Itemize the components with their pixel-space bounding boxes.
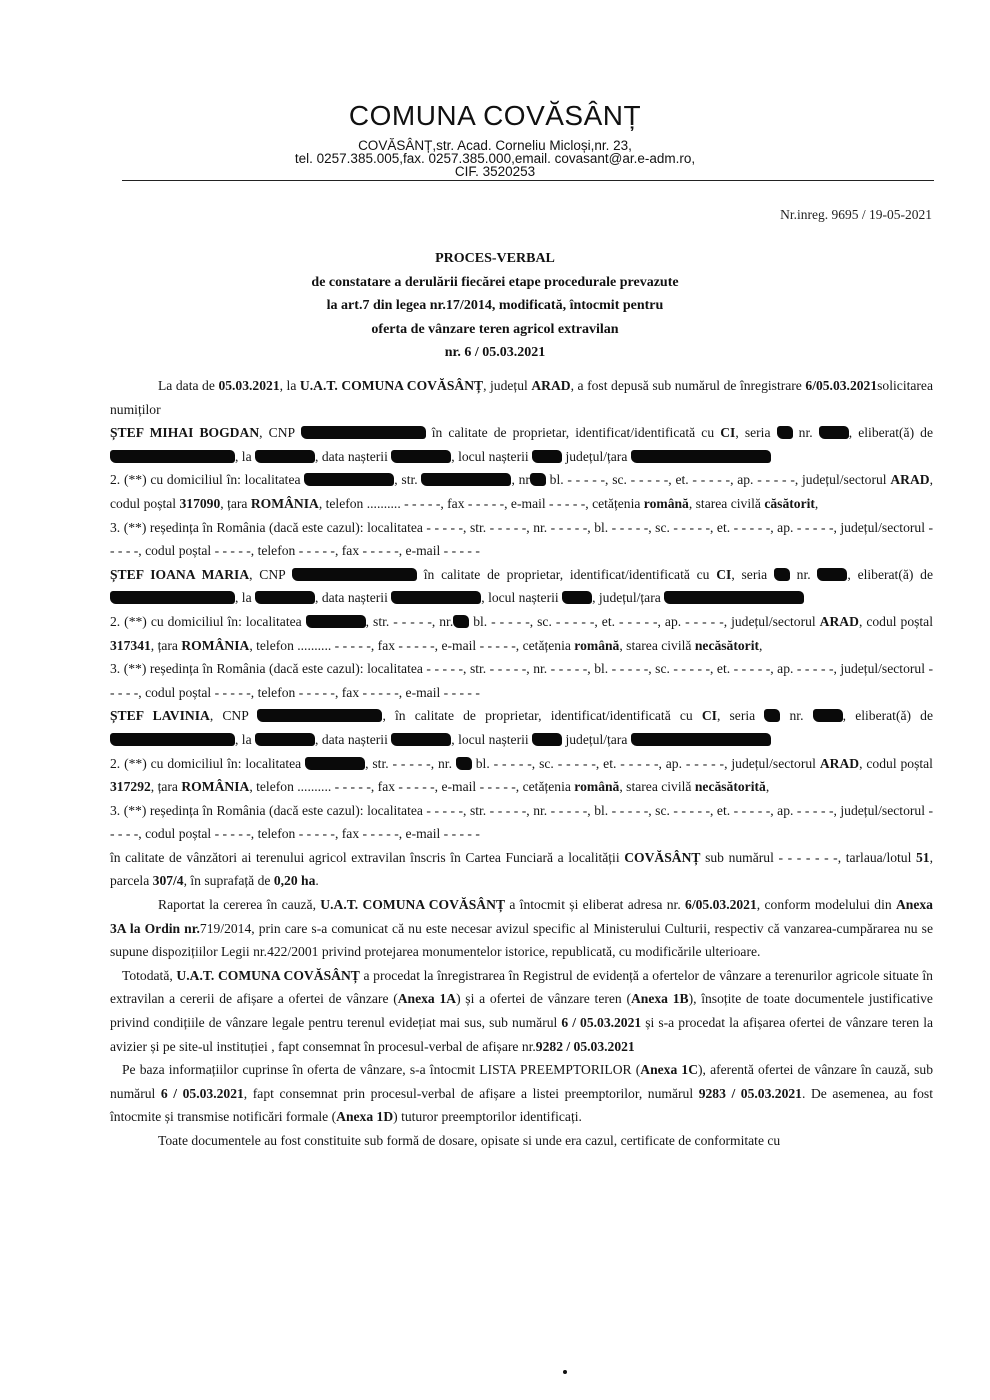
redaction <box>110 450 235 463</box>
redaction <box>391 450 451 463</box>
redaction <box>391 733 451 746</box>
title-line-4: oferta de vânzare teren agricol extravil… <box>0 318 990 342</box>
redaction <box>562 591 592 604</box>
redaction <box>110 733 235 746</box>
document-body: La data de 05.03.2021, la U.A.T. COMUNA … <box>110 374 933 1153</box>
redaction <box>292 568 417 581</box>
redaction <box>819 426 849 439</box>
municipality-title: COMUNA COVĂSÂNȚ <box>0 100 990 132</box>
redaction <box>631 733 771 746</box>
pebaza-paragraph: Pe baza informațiilor cuprinse în oferta… <box>110 1058 933 1129</box>
redaction <box>817 568 847 581</box>
domicile-line: 2. (**) cu domiciliul în: localitatea , … <box>110 610 933 657</box>
redaction <box>530 473 546 486</box>
redaction <box>631 450 771 463</box>
redaction <box>453 615 469 628</box>
toate-paragraph: Toate documentele au fost constituite su… <box>110 1129 933 1153</box>
redaction <box>306 615 366 628</box>
header-divider <box>122 180 934 181</box>
municipality-cif: CIF. 3520253 <box>0 164 990 179</box>
redaction <box>255 591 315 604</box>
redaction <box>255 733 315 746</box>
document-title: PROCES-VERBAL de constatare a derulării … <box>0 247 990 365</box>
title-line-3: la art.7 din legea nr.17/2014, modificat… <box>0 294 990 318</box>
intro-paragraph: La data de 05.03.2021, la U.A.T. COMUNA … <box>110 374 933 421</box>
redaction <box>301 426 426 439</box>
raportat-paragraph: Raportat la cererea în cauză, U.A.T. COM… <box>110 893 933 964</box>
redaction <box>110 591 235 604</box>
redaction <box>257 709 382 722</box>
person-block: ȘTEF IOANA MARIA, CNP în calitate de pro… <box>110 563 933 610</box>
title-line-2: de constatare a derulării fiecărei etape… <box>0 271 990 295</box>
redaction <box>664 591 804 604</box>
sellers-paragraph: în calitate de vânzători ai terenului ag… <box>110 846 933 893</box>
title-line-1: PROCES-VERBAL <box>0 247 990 271</box>
residence-line: 3. (**) reședința în România (dacă este … <box>110 799 933 846</box>
person-block: ȘTEF MIHAI BOGDAN, CNP în calitate de pr… <box>110 421 933 468</box>
redaction <box>813 709 843 722</box>
redaction <box>774 568 790 581</box>
redaction <box>456 757 472 770</box>
redaction <box>764 709 780 722</box>
scan-speck <box>563 1370 567 1374</box>
residence-line: 3. (**) reședința în România (dacă este … <box>110 657 933 704</box>
residence-line: 3. (**) reședința în România (dacă este … <box>110 516 933 563</box>
totodata-paragraph: Totodată, U.A.T. COMUNA COVĂSÂNȚ a proce… <box>110 964 933 1058</box>
redaction <box>532 450 562 463</box>
redaction <box>255 450 315 463</box>
redaction <box>777 426 793 439</box>
redaction <box>391 591 481 604</box>
domicile-line: 2. (**) cu domiciliul în: localitatea , … <box>110 468 933 515</box>
redaction <box>304 473 394 486</box>
redaction <box>421 473 511 486</box>
person-block: ȘTEF LAVINIA, CNP , în calitate de propr… <box>110 704 933 751</box>
domicile-line: 2. (**) cu domiciliul în: localitatea , … <box>110 752 933 799</box>
redaction <box>532 733 562 746</box>
registration-number: Nr.inreg. 9695 / 19-05-2021 <box>780 207 932 223</box>
redaction <box>305 757 365 770</box>
title-line-5: nr. 6 / 05.03.2021 <box>0 341 990 365</box>
